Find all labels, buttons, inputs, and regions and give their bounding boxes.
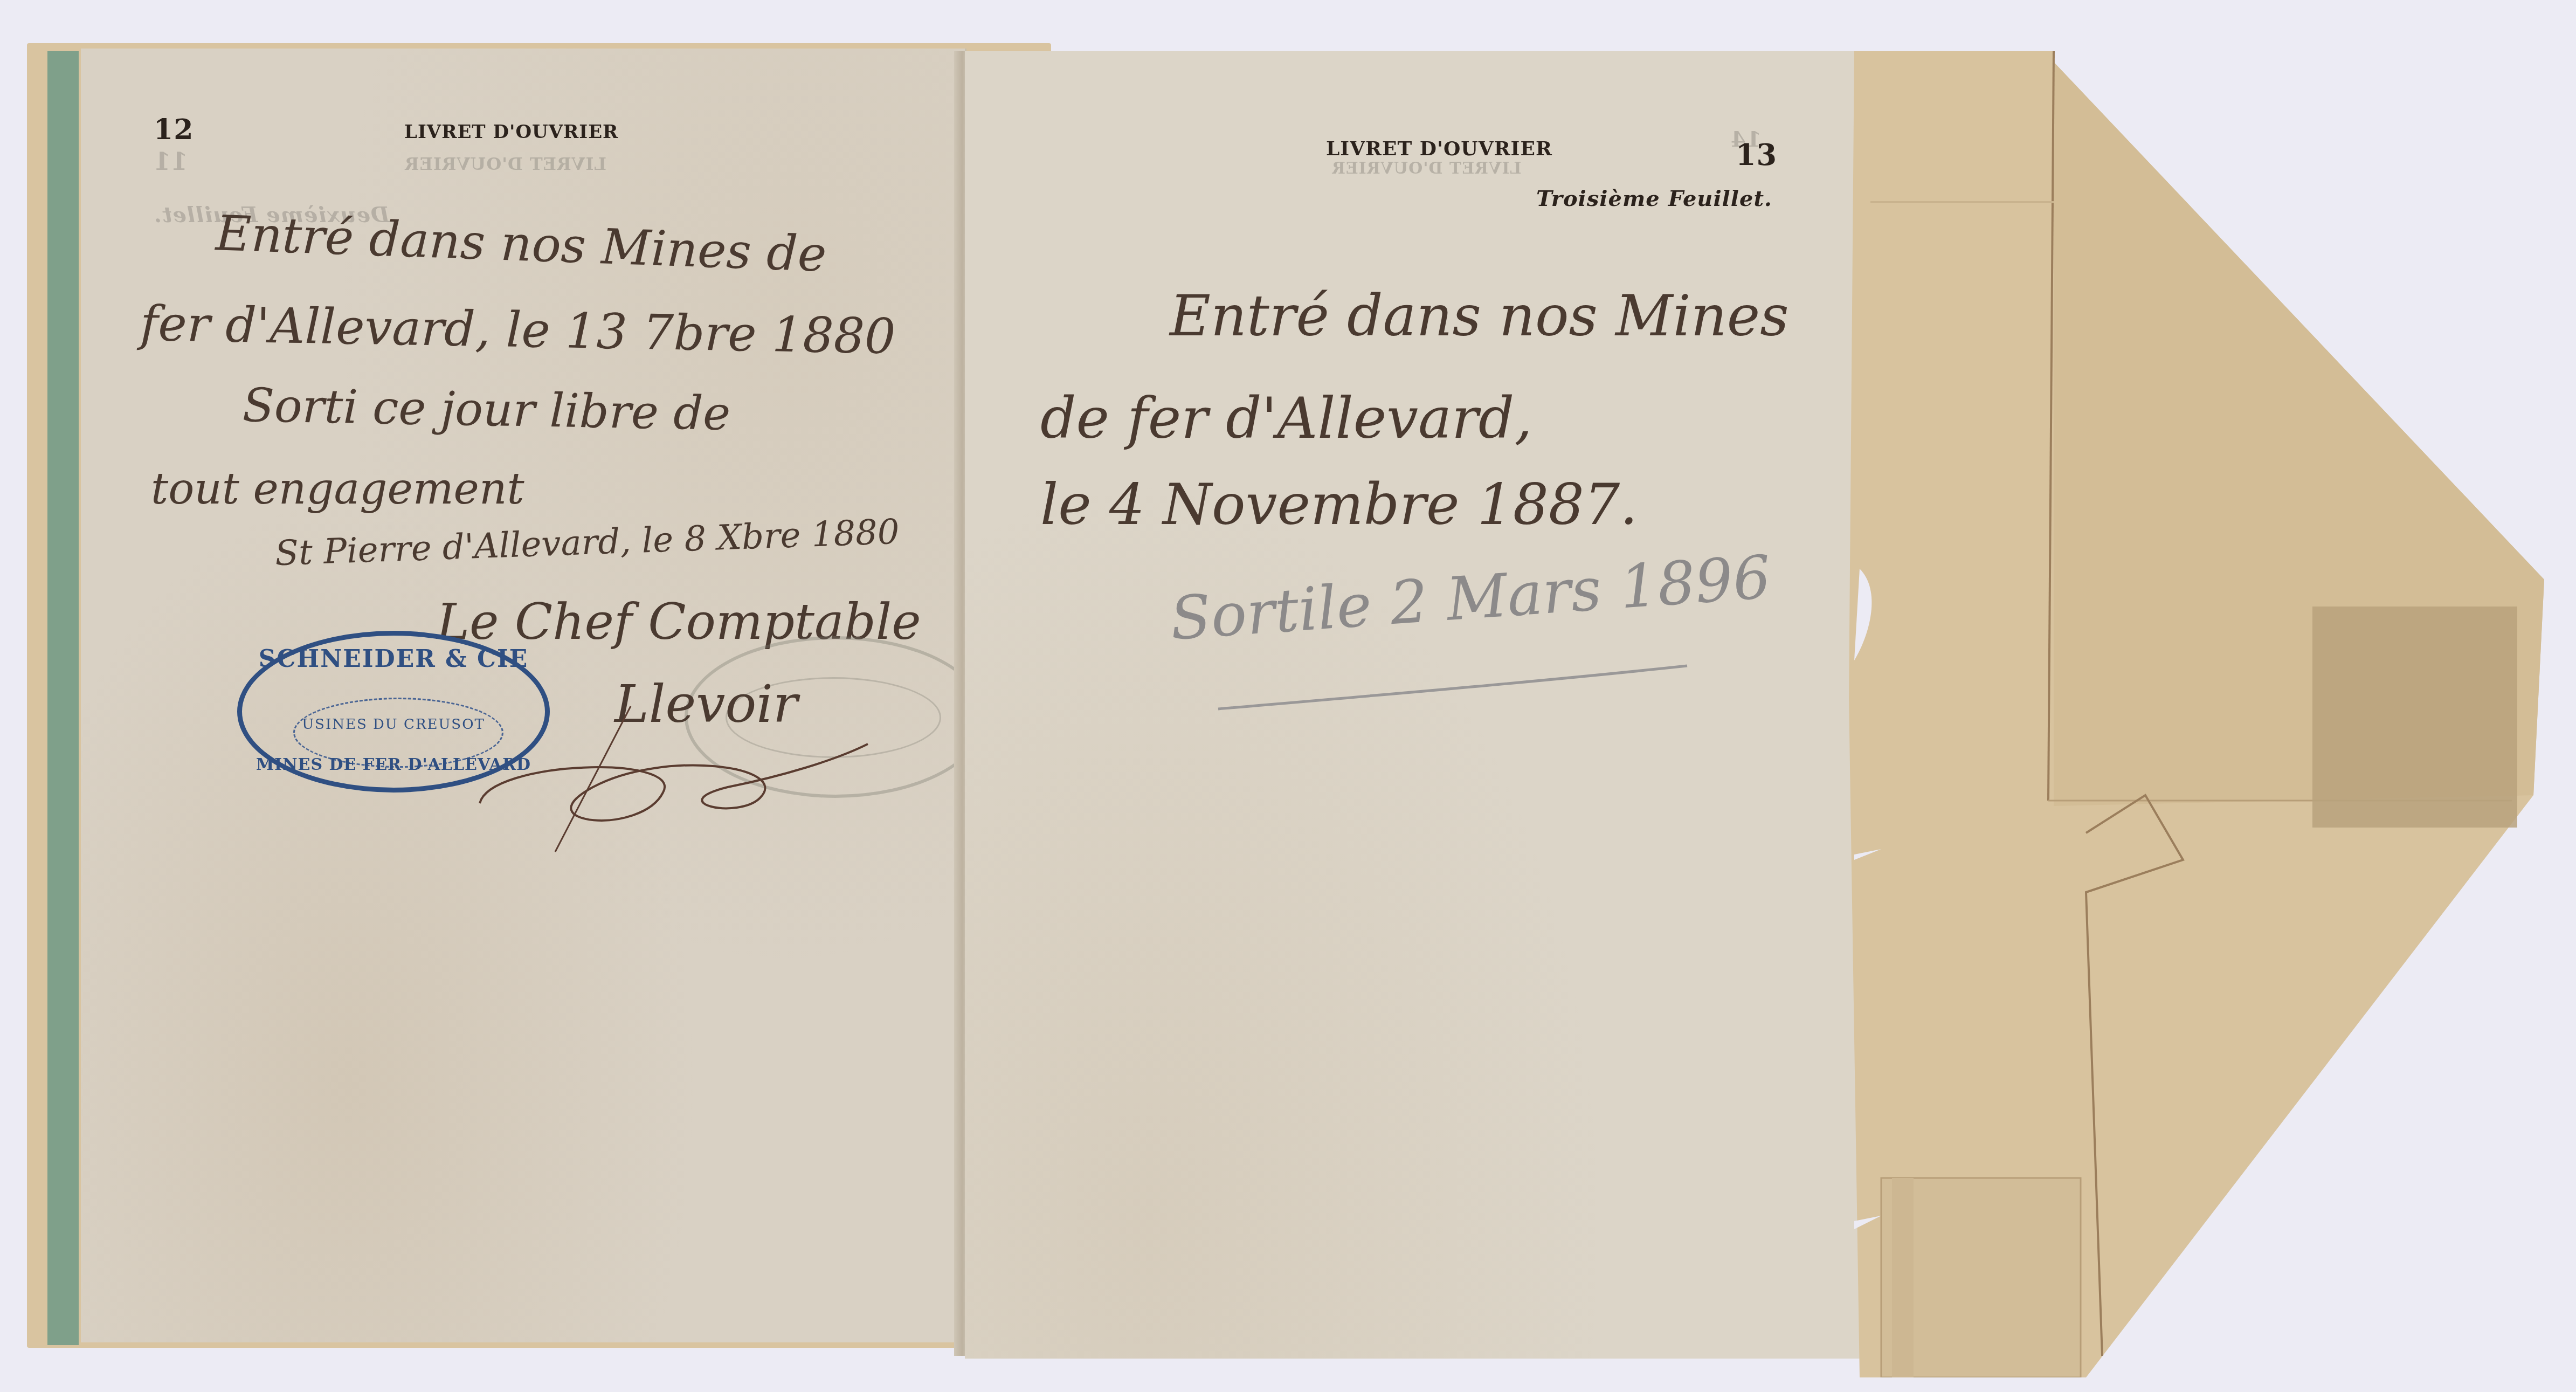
envelope-flap bbox=[1849, 51, 2550, 1377]
bleed-header: LIVRET D'OUVRIER bbox=[1331, 159, 1522, 178]
page-header: LIVRET D'OUVRIER bbox=[404, 121, 618, 143]
page-number: 12 bbox=[154, 113, 194, 146]
entry-line-2: de fer d'Allevard, bbox=[1040, 385, 1532, 451]
right-page: LIVRET D'OUVRIER 14 LIVRET D'OUVRIER 13 … bbox=[965, 51, 1865, 1359]
page-number: 13 bbox=[1736, 137, 1777, 172]
tape-patch bbox=[2312, 607, 2517, 828]
stamp-center-text: USINES DU CREUSOT bbox=[242, 716, 545, 733]
bleed-header: LIVRET D'OUVRIER bbox=[404, 154, 606, 174]
entry-line-1: Entré dans nos Mines de bbox=[215, 205, 828, 282]
exit-line-1: Sorti ce jour libre de bbox=[242, 378, 731, 441]
page-header: LIVRET D'OUVRIER bbox=[1326, 137, 1552, 160]
green-spine bbox=[47, 51, 79, 1345]
bleed-page-number: 11 bbox=[154, 148, 188, 176]
company-stamp: SCHNEIDER & CIE USINES DU CREUSOT MINES … bbox=[237, 631, 550, 793]
entry-line-1: Entré dans nos Mines bbox=[1170, 283, 1789, 349]
stamp-bottom-text: MINES DE FER D'ALLEVARD bbox=[242, 755, 545, 774]
exit-line-2: tout engagement bbox=[151, 464, 524, 514]
entry-line-2: fer d'Allevard, le 13 7bre 1880 bbox=[140, 295, 896, 365]
pencil-exit-note: Sortile 2 Mars 1896 bbox=[1168, 542, 1773, 653]
left-page: 11 LIVRET D'OUVRIER Deuxième Feuillet. 1… bbox=[81, 49, 966, 1342]
entry-line-3: le 4 Novembre 1887. bbox=[1040, 472, 1638, 537]
place-date-line: St Pierre d'Allevard, le 8 Xbre 1880 bbox=[274, 512, 900, 574]
pencil-underline bbox=[1213, 644, 1698, 720]
stamp-top-text: SCHNEIDER & CIE bbox=[242, 645, 545, 673]
sheet-label: Troisième Feuillet. bbox=[1536, 186, 1772, 211]
